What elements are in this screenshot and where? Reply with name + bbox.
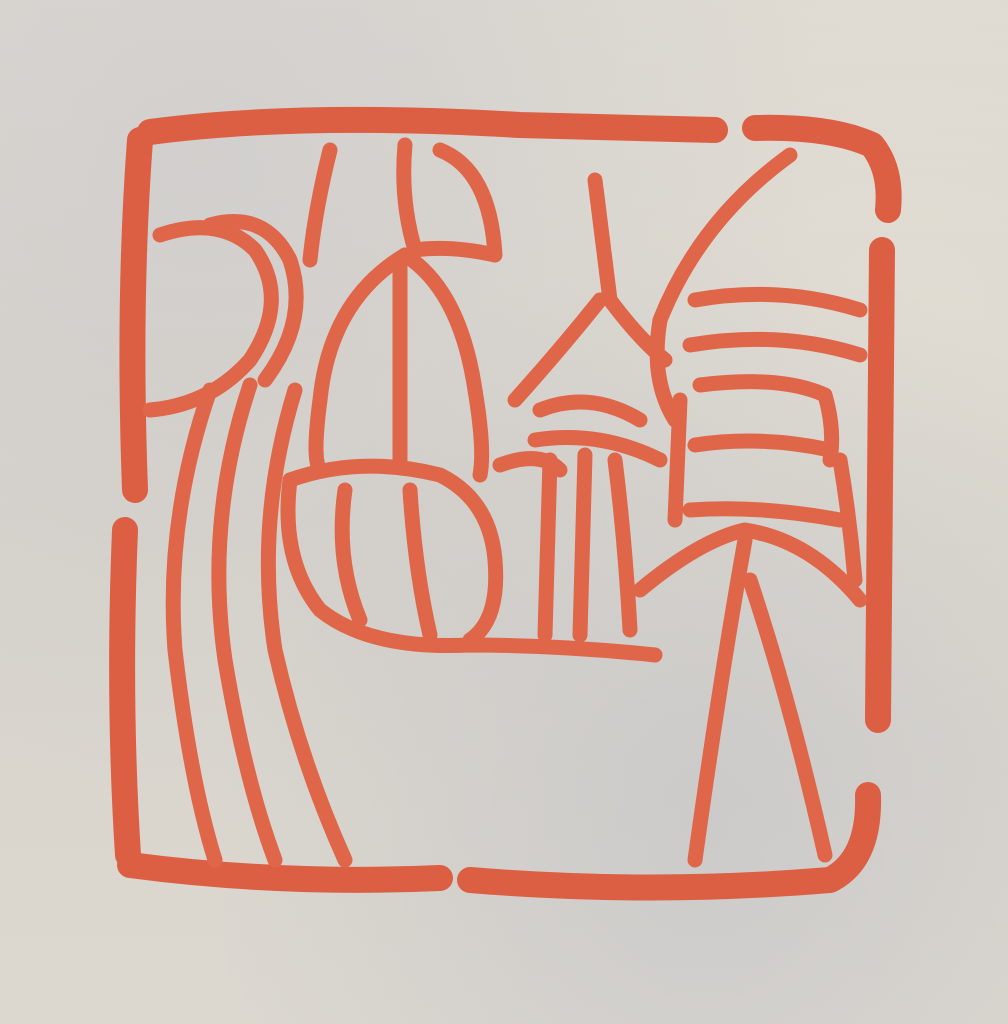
seal-impression xyxy=(0,0,1008,1024)
seal-characters xyxy=(150,145,860,860)
